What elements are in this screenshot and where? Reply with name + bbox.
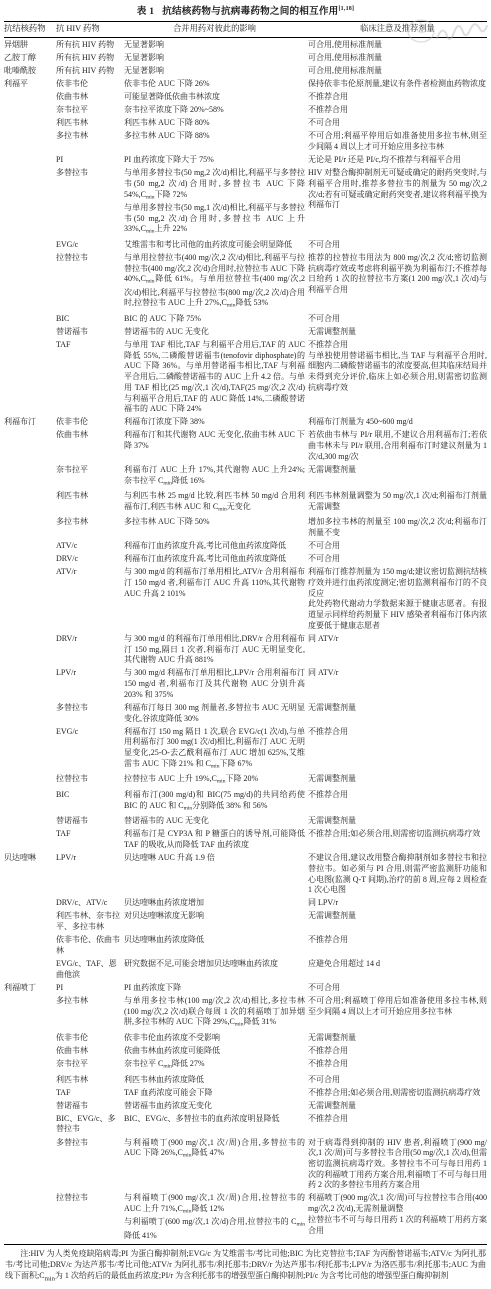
note-cell: 利福布汀推荐剂量为 150 mg/d;建议密切监测抗结核疗效并进行血药浓度测定;… [308, 567, 487, 631]
table-row: DRV/c、ATV/c贝达喹啉血药浓度增加同 LPV/r [4, 897, 487, 910]
table-title-text: 抗结核药物与抗病毒药物之间的相互作用 [162, 6, 338, 17]
table-row: TAFTAF 血药浓度可能会下降不推荐合用;如必须合用,则需密切监测抗病毒疗效 [4, 1086, 487, 1099]
anti-tb-drug-cell [4, 491, 53, 515]
note-cell: 无需调整剂量 [308, 1101, 487, 1112]
effect-cell: 利福布汀浓度下降 38% [124, 417, 305, 428]
anti-hiv-drug-cell: TAF [56, 829, 121, 850]
anti-hiv-drug-cell: 多拉韦林 [56, 517, 121, 538]
anti-hiv-drug-cell: 多拉韦林 [56, 131, 121, 152]
table-row: 利福喷丁PIPI 血药浓度下降不可合用 [4, 982, 487, 995]
anti-tb-drug-cell [4, 155, 53, 166]
table-row: ATV/c利福布汀血药浓度升高,考比司他血药浓度降低不可合用 [4, 540, 487, 553]
anti-hiv-drug-cell: EVG/c [56, 727, 121, 772]
table-row: 多替拉韦利福布汀每日 300 mg 剂量者,多替拉韦 AUC 无明显变化,谷浓度… [4, 702, 487, 726]
effect-cell: 利福布汀 AUC 上升 17%,其代谢物 AUC 上升24%;奈韦拉平 Cmin… [124, 465, 305, 489]
effect-cell: TAF 血药浓度可能会下降 [124, 1088, 305, 1099]
anti-tb-drug-cell: 利福喷丁 [4, 983, 53, 994]
anti-hiv-drug-cell: 依非韦伦 [56, 79, 121, 90]
anti-tb-drug-cell [4, 340, 53, 415]
effect-cell: 利福布汀血药浓度升高,考比司他血药浓度降低 [124, 541, 305, 552]
note-cell: 不推荐合用;如必须合用,则需密切监测抗病毒疗效 [308, 829, 487, 850]
table-row: EVG/c、TAF、恩曲他滨研究数据不足,可能会增加贝达喹啉血药浓度应避免合用超… [4, 958, 487, 982]
anti-tb-drug-cell [4, 1114, 53, 1135]
table-row: BICBIC 的 AUC 下降 75%不可合用 [4, 313, 487, 326]
effect-cell: 利福布汀每日 300 mg 剂量者,多替拉韦 AUC 无明显变化,谷浓度降低 3… [124, 703, 305, 724]
table-row: LPV/r与 300 mg/d 利福布汀单用相比,LPV/r 合用利福布汀 15… [4, 667, 487, 701]
effect-cell: 依非韦伦血药浓度不受影响 [124, 1033, 305, 1044]
effect-cell: 艾维雷韦和考比司他的血药浓度可能会明显降低 [124, 240, 305, 251]
note-cell: 不可合用;利福喷丁停用后如准备使用多拉韦林,则至少间隔 4 周以上才可开始应用多… [308, 996, 487, 1031]
anti-tb-drug-cell: 利福布汀 [4, 417, 53, 428]
effect-cell: 与 300 mg/d 的利福布汀单用相比,ATV/r 合用利福布汀 150 mg… [124, 567, 305, 631]
note-cell: 不推荐合用 [308, 1059, 487, 1072]
note-cell: 不可合用;利福平停用后如准备使用多拉韦林,则至少间隔 4 周以上才可开始应用多拉… [308, 131, 487, 152]
table-row: 利福布汀依非韦伦利福布汀浓度下降 38%利福布汀剂量为 450~600 mg/d [4, 416, 487, 429]
table-row: 贝达喹啉LPV/r贝达喹啉 AUC 升高 1.9 倍不建议合用,建议改用整合酶抑… [4, 852, 487, 897]
effect-cell: PI 血药浓度下降 [124, 983, 305, 994]
effect-cell: 研究数据不足,可能会增加贝达喹啉血药浓度 [124, 959, 305, 980]
anti-tb-drug-cell: 利福平 [4, 79, 53, 90]
anti-tb-drug-cell [4, 816, 53, 827]
anti-tb-drug-cell [4, 829, 53, 850]
table-row: 替诺福韦替诺福韦的 AUC 无变化无需调整剂量 [4, 326, 487, 339]
effect-cell: 与单用拉替拉韦(400 mg/次,2 次/d)相比,利福平与拉替拉韦(400 m… [124, 253, 305, 312]
effect-cell: BIC 的 AUC 下降 75% [124, 314, 305, 325]
anti-tb-drug-cell [4, 554, 53, 565]
effect-cell: 利福布汀是 CYP3A 和 P 糖蛋白的诱导剂,可能降低 TAF 的吸收,从而降… [124, 829, 305, 850]
effect-cell: 奈韦拉平浓度下降 20%~58% [124, 105, 305, 116]
anti-tb-drug-cell [4, 1193, 53, 1241]
note-cell: 不可合用 [308, 118, 487, 129]
anti-tb-drug-cell [4, 92, 53, 103]
effect-cell: 贝达喹啉血药浓度增加 [124, 898, 305, 909]
table-row: 利匹韦林利匹韦林 AUC 下降 80%不可合用 [4, 117, 487, 130]
note-cell: 保持依非韦伦原剂量,建议有条件者检测血药物浓度 [308, 79, 487, 90]
anti-tb-drug-cell [4, 430, 53, 462]
effect-cell: 与利福喷丁(900 mg/次,1 次/周)合用,拉替拉韦的 AUC 上升 71%… [124, 1193, 305, 1241]
effect-cell: 多拉韦林 AUC 下降 88% [124, 131, 305, 152]
effect-cell: 与利福喷丁(900 mg/次,1 次/周)合用,多替拉韦的 AUC 下降 26%… [124, 1138, 305, 1192]
table-row: 吡嗪酰胺所有抗 HIV 药物无显著影响可合用,使用标准剂量 [4, 65, 487, 78]
note-cell: 不推荐合用 [308, 727, 487, 772]
anti-hiv-drug-cell: EVG/c、TAF、恩曲他滨 [56, 959, 121, 980]
effect-cell: 替诺福韦的 AUC 无变化 [124, 816, 305, 827]
effect-cell: 贝达喹啉血药浓度降低 [124, 935, 305, 956]
anti-tb-drug-cell [4, 105, 53, 116]
anti-hiv-drug-cell: ATV/c [56, 541, 121, 552]
note-cell: 应避免合用超过 14 d [308, 959, 487, 980]
anti-tb-drug-cell [4, 131, 53, 152]
note-cell: 无需调整剂量 [308, 816, 487, 827]
effect-cell: 奈韦拉平 Cmin降低 27% [124, 1059, 305, 1072]
anti-tb-drug-cell [4, 898, 53, 909]
note-cell: 不可合用 [308, 983, 487, 994]
effect-cell: 无显著影响 [124, 66, 305, 77]
effect-cell: 与单用多拉韦林(100 mg/次,2 次/d)相比,多拉韦林(100 mg/次,… [124, 996, 305, 1031]
column-header: 抗 HIV 药物 [56, 24, 121, 34]
anti-tb-drug-cell [4, 1101, 53, 1112]
anti-hiv-drug-cell: DRV/c [56, 554, 121, 565]
anti-hiv-drug-cell: LPV/r [56, 668, 121, 700]
anti-tb-drug-cell [4, 465, 53, 489]
anti-tb-drug-cell [4, 327, 53, 338]
anti-hiv-drug-cell: 依非韦伦、依曲韦林 [56, 935, 121, 956]
anti-hiv-drug-cell: 利匹韦林 [56, 118, 121, 129]
anti-hiv-drug-cell: 利匹韦林 [56, 1075, 121, 1086]
table-title: 表 1抗结核药物与抗病毒药物之间的相互作用[1,18] [4, 1, 487, 21]
note-cell: 不推荐合用;如必须合用,则需密切监测抗病毒疗效 [308, 1088, 487, 1099]
anti-hiv-drug-cell: 利匹韦林 [56, 491, 121, 515]
effect-cell: 贝达喹啉 AUC 升高 1.9 倍 [124, 853, 305, 896]
anti-tb-drug-cell [4, 314, 53, 325]
anti-hiv-drug-cell: 依非韦伦 [56, 1033, 121, 1044]
table-row: 利福平依非韦伦依非韦伦 AUC 下降 26%保持依非韦伦原剂量,建议有条件者检测… [4, 78, 487, 91]
table-row: 多拉韦林多拉韦林 AUC 下降 50%增加多拉韦林的剂量至 100 mg/次,2… [4, 516, 487, 540]
effect-cell: 与 300 mg/d 的利福布汀单用相比,DRV/r 合用利福布汀 150 mg… [124, 634, 305, 666]
effect-cell: 对贝达喹啉浓度无影响 [124, 911, 305, 932]
effect-cell: 与利匹韦林 25 mg/d 比较,利匹韦林 50 mg/d 合用利福布汀,利匹韦… [124, 491, 305, 515]
table-row: 依曲韦林依曲韦林血药浓度可能降低不推荐合用 [4, 1045, 487, 1058]
anti-tb-drug-cell [4, 118, 53, 129]
anti-hiv-drug-cell: TAF [56, 340, 121, 415]
anti-tb-drug-cell [4, 1046, 53, 1057]
anti-hiv-drug-cell: 所有抗 HIV 药物 [56, 53, 121, 64]
table-row: 多替拉韦与利福喷丁(900 mg/次,1 次/周)合用,多替拉韦的 AUC 下降… [4, 1136, 487, 1192]
table-row: BIC、EVG/c、多替拉韦BIC、EVG/c、多替拉韦的血药浓度明显降低不推荐… [4, 1113, 487, 1137]
note-cell: 对于病毒得到抑制的 HIV 患者,利福喷丁(900 mg/次,1 次/周)可与多… [308, 1138, 487, 1192]
anti-tb-drug-cell [4, 911, 53, 932]
anti-tb-drug-cell [4, 1059, 53, 1072]
anti-hiv-drug-cell: BIC [56, 314, 121, 325]
effect-cell: 利福布汀 150 mg 隔日 1 次,联合 EVG/c(1 次/d),与单用利福… [124, 727, 305, 772]
anti-tb-drug-cell: 乙胺丁醇 [4, 53, 53, 64]
anti-hiv-drug-cell: 依曲韦林 [56, 92, 121, 103]
table-row: DRV/c利福布汀血药浓度升高,考比司他血药浓度降低不可合用 [4, 553, 487, 566]
note-cell: 无需调整剂量 [308, 774, 487, 787]
table-row: 奈韦拉平利福布汀 AUC 上升 17%,其代谢物 AUC 上升24%;奈韦拉平 … [4, 464, 487, 490]
table-row: 依曲韦林可能显著降低依曲韦林浓度不推荐合用 [4, 91, 487, 104]
anti-tb-drug-cell [4, 790, 53, 814]
effect-cell: 依曲韦林血药浓度可能降低 [124, 1046, 305, 1057]
effect-cell: 利匹韦林血药浓度降低 [124, 1075, 305, 1086]
note-cell: 利福布汀剂量为 450~600 mg/d [308, 417, 487, 428]
table-row: 乙胺丁醇所有抗 HIV 药物无显著影响可合用,使用标准剂量 [4, 52, 487, 65]
note-cell: 不推荐合用 [308, 935, 487, 956]
anti-hiv-drug-cell: 替诺福韦 [56, 816, 121, 827]
anti-hiv-drug-cell: 奈韦拉平 [56, 465, 121, 489]
journal-table-page: 表 1抗结核药物与抗病毒药物之间的相互作用[1,18] 抗结核药物抗 HIV 药… [0, 0, 491, 1289]
anti-hiv-drug-cell: 拉替拉韦 [56, 253, 121, 312]
note-cell: 不推荐合用 [308, 105, 487, 116]
table-row: TAF与单用 TAF 相比,TAF 与利福平合用后,TAF 的 AUC 降低 5… [4, 339, 487, 416]
anti-tb-drug-cell [4, 541, 53, 552]
note-cell: 无需调整剂量 [308, 465, 487, 489]
anti-hiv-drug-cell: 多替拉韦 [56, 168, 121, 237]
anti-tb-drug-cell [4, 935, 53, 956]
effect-cell: 利匹韦林 AUC 下降 80% [124, 118, 305, 129]
anti-hiv-drug-cell: 奈韦拉平 [56, 1059, 121, 1072]
effect-cell: 无显著影响 [124, 40, 305, 51]
anti-hiv-drug-cell: BIC [56, 790, 121, 814]
table-row: ATV/r与 300 mg/d 的利福布汀单用相比,ATV/r 合用利福布汀 1… [4, 566, 487, 633]
anti-tb-drug-cell [4, 1138, 53, 1192]
note-cell: 不建议合用,建议改用整合酶抑制剂如多替拉韦和拉替拉韦。如必须与 PI 合用,则需… [308, 853, 487, 896]
anti-hiv-drug-cell: TAF [56, 1088, 121, 1099]
anti-tb-drug-cell [4, 253, 53, 312]
table-row: 多拉韦林多拉韦林 AUC 下降 88%不可合用;利福平停用后如准备使用多拉韦林,… [4, 130, 487, 154]
note-cell: 利福喷丁(900 mg/次,1 次/周)可与拉替拉韦合用(400 mg/次,2 … [308, 1193, 487, 1241]
note-cell: 利匹韦林剂量调整为 50 mg/次,1 次/d;利福布汀剂量无需调整 [308, 491, 487, 515]
effect-cell: 依非韦伦 AUC 下降 26% [124, 79, 305, 90]
anti-tb-drug-cell [4, 727, 53, 772]
table-footnote: 注:HIV 为人类免疫缺陷病毒;PI 为蛋白酶抑制剂;EVG/c 为艾维雷韦/考… [4, 1245, 487, 1286]
note-cell: 不可合用 [308, 554, 487, 565]
anti-tb-drug-cell [4, 959, 53, 980]
effect-cell: 拉替拉韦 AUC 上升 19%,Cmin下降 20% [124, 774, 305, 787]
table-row: 替诺福韦替诺福韦的 AUC 无变化无需调整剂量 [4, 815, 487, 828]
anti-hiv-drug-cell: 替诺福韦 [56, 1101, 121, 1112]
anti-tb-drug-cell: 贝达喹啉 [4, 853, 53, 896]
table-header-row: 抗结核药物抗 HIV 药物合并用药对彼此的影响临床注意及推荐剂量 [4, 22, 487, 37]
anti-hiv-drug-cell: 多拉韦林 [56, 996, 121, 1031]
anti-hiv-drug-cell: 所有抗 HIV 药物 [56, 66, 121, 77]
column-header: 临床注意及推荐剂量 [308, 24, 487, 34]
anti-tb-drug-cell [4, 517, 53, 538]
effect-cell: 无显著影响 [124, 53, 305, 64]
anti-hiv-drug-cell: 拉替拉韦 [56, 1193, 121, 1241]
anti-hiv-drug-cell: 利匹韦林、奈韦拉平、多拉韦林 [56, 911, 121, 932]
table-row: TAF利福布汀是 CYP3A 和 P 糖蛋白的诱导剂,可能降低 TAF 的吸收,… [4, 828, 487, 852]
effect-cell: 多拉韦林 AUC 下降 50% [124, 517, 305, 538]
anti-hiv-drug-cell: LPV/r [56, 853, 121, 896]
table-row: 奈韦拉平奈韦拉平浓度下降 20%~58%不推荐合用 [4, 104, 487, 117]
effect-cell: 可能显著降低依曲韦林浓度 [124, 92, 305, 103]
anti-tb-drug-cell: 异烟肼 [4, 40, 53, 51]
table-row: 奈韦拉平奈韦拉平 Cmin降低 27%不推荐合用 [4, 1058, 487, 1074]
table-row: 多拉韦林与单用多拉韦林(100 mg/次,2 次/d)相比,多拉韦林(100 m… [4, 995, 487, 1032]
table-row: 拉替拉韦拉替拉韦 AUC 上升 19%,Cmin下降 20%无需调整剂量 [4, 773, 487, 789]
table-row: 依曲韦林利福布汀和其代谢物 AUC 无变化,依曲韦林 AUC 下降 37%若依曲… [4, 429, 487, 463]
anti-tb-drug-cell [4, 668, 53, 700]
reference-superscript: [1,18] [338, 6, 354, 12]
note-cell: 同 LPV/r [308, 898, 487, 909]
table-row: 拉替拉韦与利福喷丁(900 mg/次,1 次/周)合用,拉替拉韦的 AUC 上升… [4, 1192, 487, 1242]
anti-hiv-drug-cell: 多替拉韦 [56, 703, 121, 724]
anti-hiv-drug-cell: BIC、EVG/c、多替拉韦 [56, 1114, 121, 1135]
note-cell: 可合用,使用标准剂量 [308, 40, 487, 51]
anti-hiv-drug-cell: 依曲韦林 [56, 430, 121, 462]
effect-cell: 与 300 mg/d 利福布汀单用相比,LPV/r 合用利福布汀 150 mg/… [124, 668, 305, 700]
effect-cell: 利福布汀(300 mg/d)和 BIC(75 mg/d)的共同给药使 BIC 的… [124, 790, 305, 814]
effect-cell: 利福布汀和其代谢物 AUC 无变化,依曲韦林 AUC 下降 37% [124, 430, 305, 462]
table-row: 异烟肼所有抗 HIV 药物无显著影响可合用,使用标准剂量 [4, 39, 487, 52]
table-row: 利匹韦林、奈韦拉平、多拉韦林对贝达喹啉浓度无影响无需调整剂量 [4, 910, 487, 934]
note-cell: 推荐的拉替拉韦用法为 800 mg/次,2 次/d;密切监测抗病毒疗效或考虑将利… [308, 253, 487, 312]
table-row: 替诺福韦替诺福韦血药浓度无变化无需调整剂量 [4, 1099, 487, 1112]
table-number: 表 1 [137, 6, 154, 17]
table-row: DRV/r与 300 mg/d 的利福布汀单用相比,DRV/r 合用利福布汀 1… [4, 633, 487, 667]
table-row: 依非韦伦、依曲韦林贝达喹啉血药浓度降低不推荐合用 [4, 934, 487, 958]
anti-tb-drug-cell [4, 1033, 53, 1044]
anti-hiv-drug-cell: 拉替拉韦 [56, 774, 121, 787]
anti-hiv-drug-cell: 替诺福韦 [56, 327, 121, 338]
anti-tb-drug-cell [4, 774, 53, 787]
note-cell: 同 ATV/r [308, 634, 487, 666]
note-cell: 无需调整剂量 [308, 1033, 487, 1044]
effect-cell: 替诺福韦的 AUC 无变化 [124, 327, 305, 338]
effect-cell: 与单用多替拉韦(50 mg,2 次/d)相比,利福平与多替拉韦(50 mg,2 … [124, 168, 305, 237]
table-row: EVG/c利福布汀 150 mg 隔日 1 次,联合 EVG/c(1 次/d),… [4, 726, 487, 774]
table-row: 利匹韦林与利匹韦林 25 mg/d 比较,利匹韦林 50 mg/d 合用利福布汀… [4, 490, 487, 516]
note-cell: 不推荐合用 [308, 1046, 487, 1057]
table-row: EVG/c艾维雷韦和考比司他的血药浓度可能会明显降低不可合用 [4, 239, 487, 252]
note-cell: 不可合用 [308, 1075, 487, 1086]
anti-tb-drug-cell [4, 1075, 53, 1086]
effect-cell: 替诺福韦血药浓度无变化 [124, 1101, 305, 1112]
anti-hiv-drug-cell: DRV/c、ATV/c [56, 898, 121, 909]
effect-cell: BIC、EVG/c、多替拉韦的血药浓度明显降低 [124, 1114, 305, 1135]
effect-cell: 利福布汀血药浓度升高,考比司他血药浓度降低 [124, 554, 305, 565]
anti-hiv-drug-cell: 多替拉韦 [56, 1138, 121, 1192]
note-cell: 无需调整剂量 [308, 911, 487, 932]
note-cell: 可合用,使用标准剂量 [308, 53, 487, 64]
note-cell: 不推荐合用 [308, 790, 487, 814]
anti-hiv-drug-cell: ATV/r [56, 567, 121, 631]
note-cell: 同 ATV/r [308, 668, 487, 700]
table-row: PIPI 血药浓度下降大于 75%无论是 PI/r 还是 PI/c,均不推荐与利… [4, 154, 487, 167]
anti-hiv-drug-cell: PI [56, 983, 121, 994]
note-cell: 若依曲韦林与 PI/r 联用,不建议合用利福布汀;若依曲韦林未与 PI/r 联用… [308, 430, 487, 462]
note-cell: 不推荐合用 [308, 92, 487, 103]
note-cell: 不可合用 [308, 314, 487, 325]
note-cell: HIV 对整合酶抑制剂无可疑或确定的耐药突变时,与利福平合用时,推荐多替拉韦的剂… [308, 168, 487, 237]
note-cell: 可合用,使用标准剂量 [308, 66, 487, 77]
note-cell: 不可合用 [308, 541, 487, 552]
note-cell: 无需调整剂量 [308, 703, 487, 724]
anti-tb-drug-cell [4, 996, 53, 1031]
anti-hiv-drug-cell: 依非韦伦 [56, 417, 121, 428]
note-cell: 不推荐合用与单独使用替诺福韦相比,当 TAF 与利福平合用时,细胞内二磷酸替诺福… [308, 340, 487, 415]
note-cell: 不可合用 [308, 240, 487, 251]
anti-tb-drug-cell [4, 634, 53, 666]
anti-hiv-drug-cell: 依曲韦林 [56, 1046, 121, 1057]
effect-cell: 与单用 TAF 相比,TAF 与利福平合用后,TAF 的 AUC 降低 55%,… [124, 340, 305, 415]
table-row: 拉替拉韦与单用拉替拉韦(400 mg/次,2 次/d)相比,利福平与拉替拉韦(4… [4, 252, 487, 313]
table-row: 多替拉韦与单用多替拉韦(50 mg,2 次/d)相比,利福平与多替拉韦(50 m… [4, 167, 487, 239]
note-cell: 增加多拉韦林的剂量至 100 mg/次,2 次/d;利福布汀剂量不变 [308, 517, 487, 538]
table-row: 依非韦伦依非韦伦血药浓度不受影响无需调整剂量 [4, 1032, 487, 1045]
anti-tb-drug-cell [4, 240, 53, 251]
effect-cell: PI 血药浓度下降大于 75% [124, 155, 305, 166]
note-cell: 无需调整剂量 [308, 327, 487, 338]
anti-tb-drug-cell [4, 168, 53, 237]
anti-hiv-drug-cell: 所有抗 HIV 药物 [56, 40, 121, 51]
anti-tb-drug-cell: 吡嗪酰胺 [4, 66, 53, 77]
anti-hiv-drug-cell: DRV/r [56, 634, 121, 666]
table-row: 利匹韦林利匹韦林血药浓度降低不可合用 [4, 1073, 487, 1086]
note-cell: 无论是 PI/r 还是 PI/c,均不推荐与利福平合用 [308, 155, 487, 166]
anti-tb-drug-cell [4, 1088, 53, 1099]
table-row: BIC利福布汀(300 mg/d)和 BIC(75 mg/d)的共同给药使 BI… [4, 789, 487, 815]
anti-tb-drug-cell [4, 567, 53, 631]
column-header: 抗结核药物 [4, 24, 53, 34]
column-header: 合并用药对彼此的影响 [124, 24, 305, 34]
table-body: 异烟肼所有抗 HIV 药物无显著影响可合用,使用标准剂量乙胺丁醇所有抗 HIV … [4, 38, 487, 1243]
anti-hiv-drug-cell: EVG/c [56, 240, 121, 251]
anti-tb-drug-cell [4, 703, 53, 724]
anti-hiv-drug-cell: 奈韦拉平 [56, 105, 121, 116]
note-cell: 不推荐合用 [308, 1114, 487, 1135]
anti-hiv-drug-cell: PI [56, 155, 121, 166]
